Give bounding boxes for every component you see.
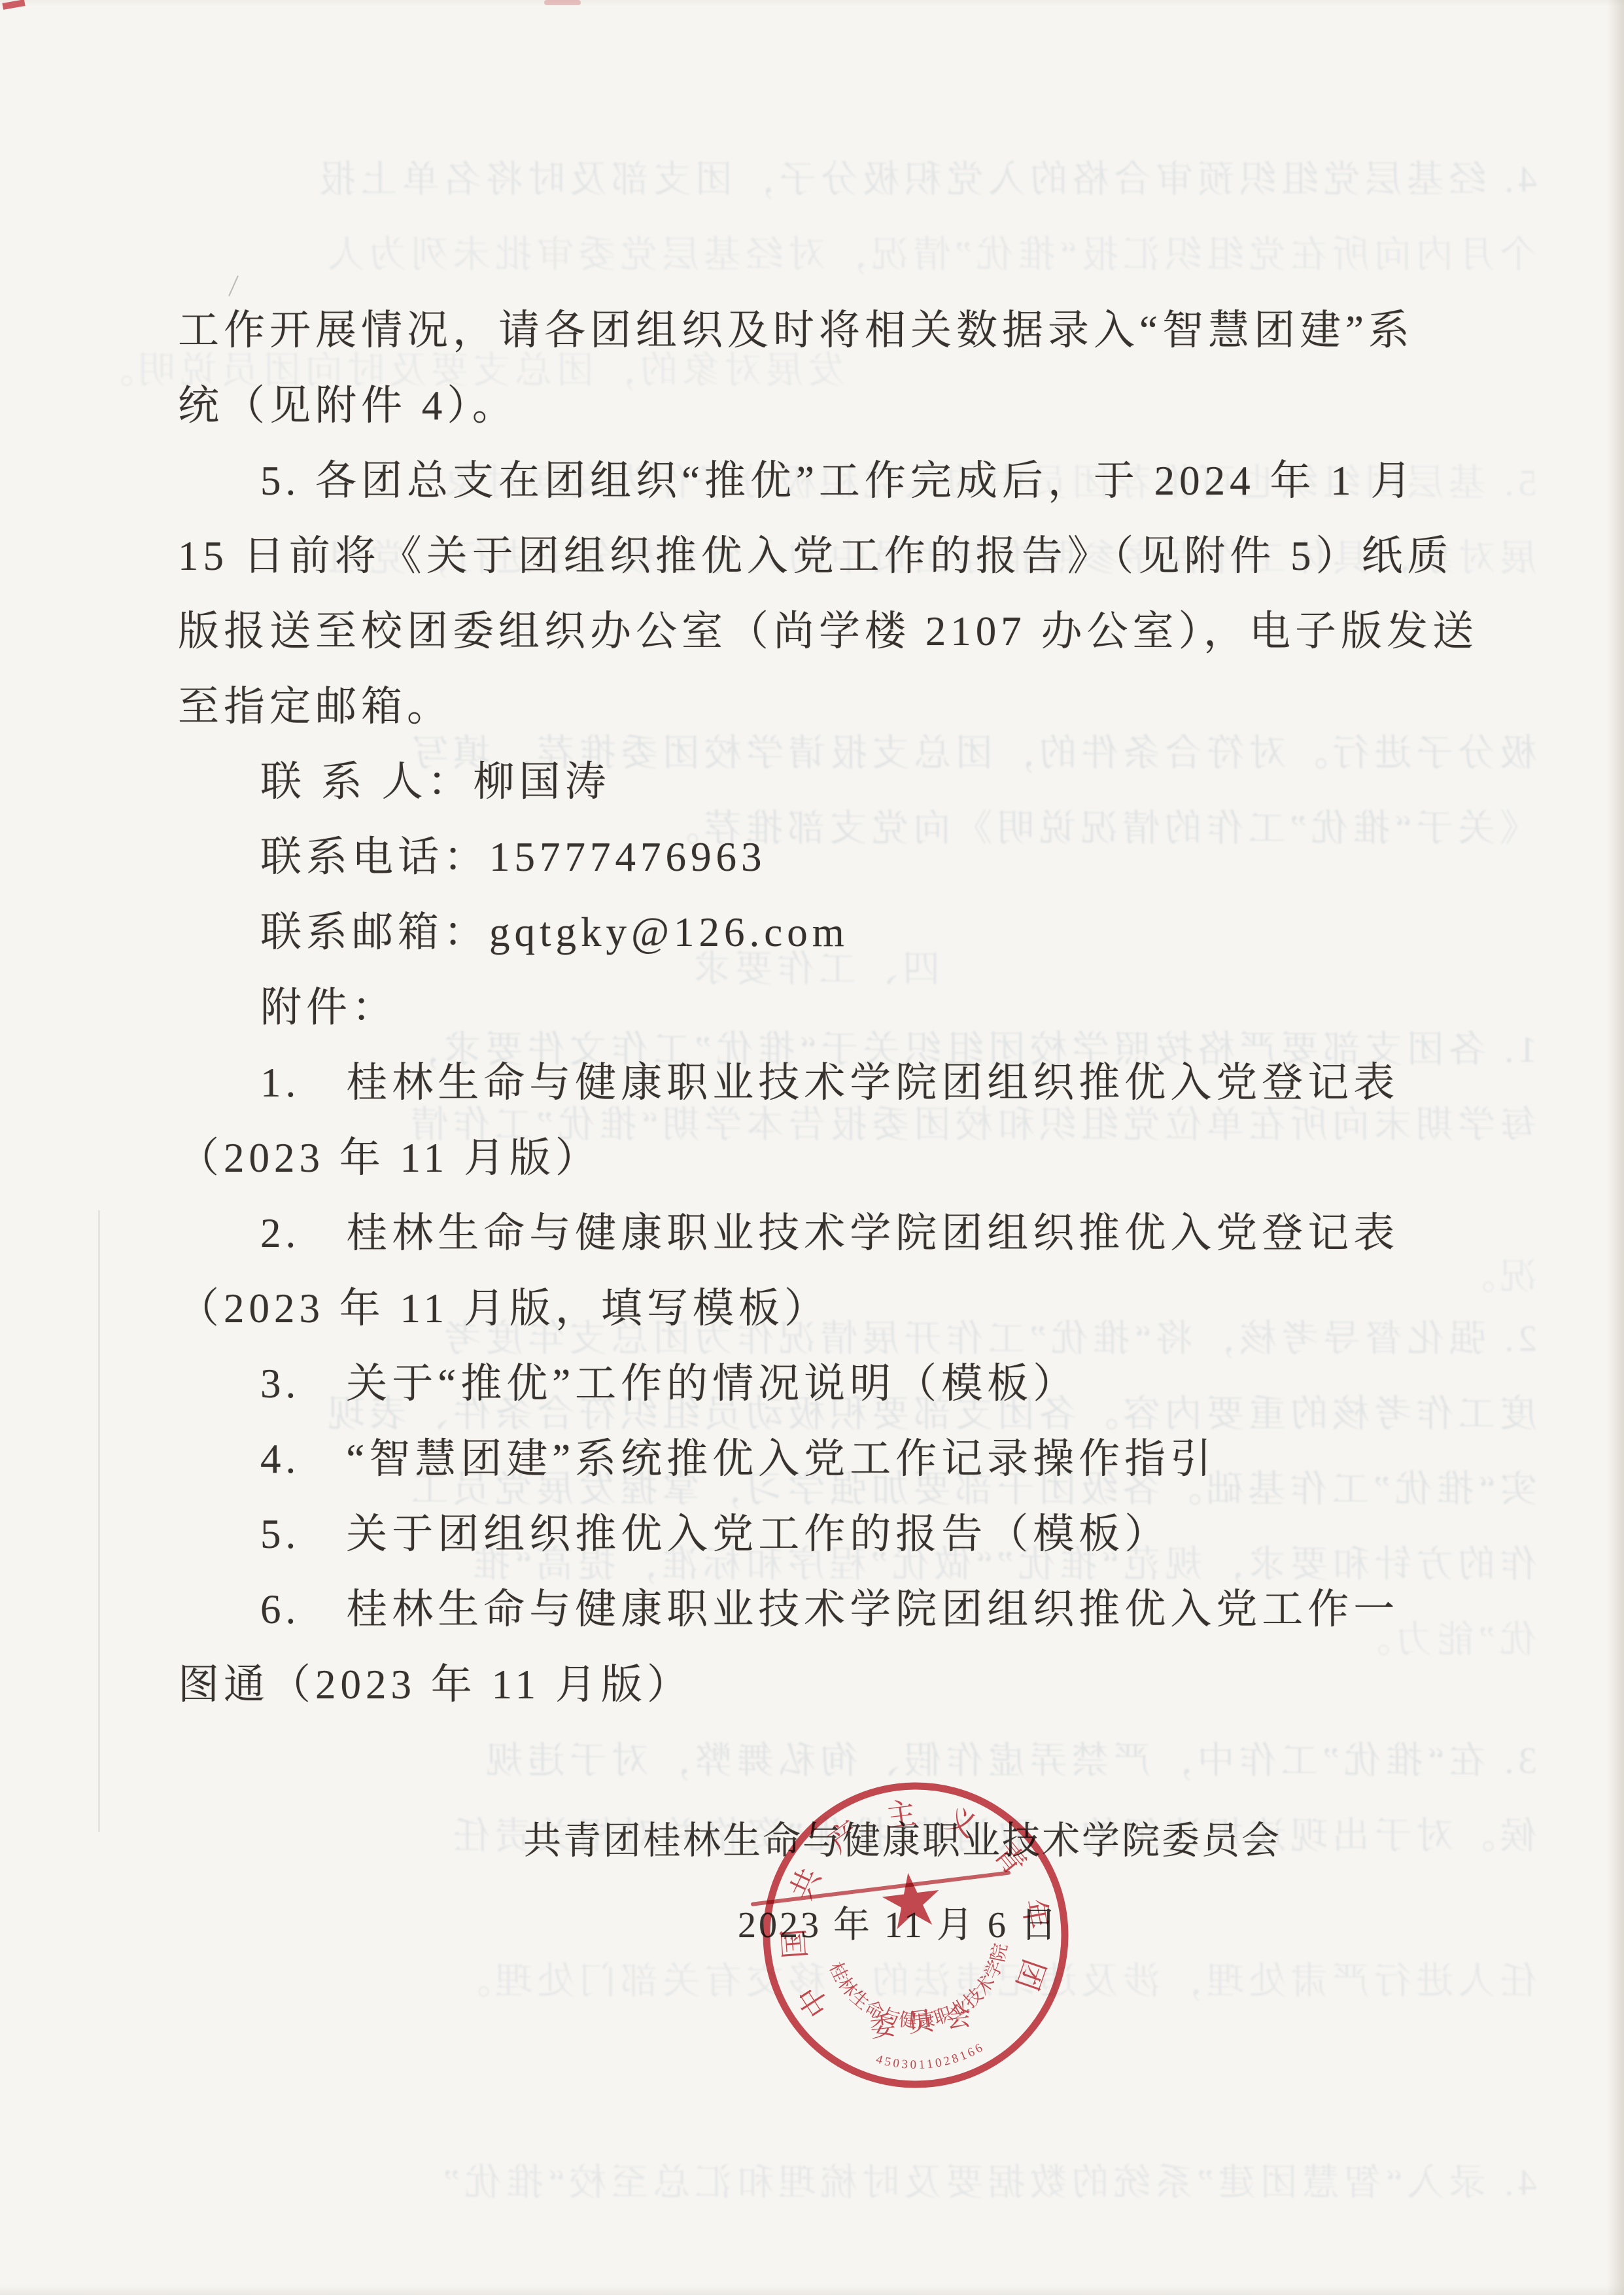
document-line: 联 系 人：柳国涛: [178, 745, 1479, 820]
document-line: 联系电话：15777476963: [178, 820, 1479, 895]
document-line: 1. 桂林生命与健康职业技术学院团组织推优入党登记表: [178, 1045, 1479, 1121]
document-line: 工作开展情况，请各团组织及时将相关数据录入“智慧团建”系: [178, 293, 1479, 368]
document-line: 5. 关于团组织推优入党工作的报告（模板）: [178, 1497, 1479, 1572]
bleedthrough-line: 4. 经基层党组织预审合格的入党积极分子，团支部及时将名单上报: [92, 149, 1537, 203]
document-line: 6. 桂林生命与健康职业技术学院团组织推优入党工作一: [178, 1572, 1479, 1647]
document-body: 工作开展情况，请各团组织及时将相关数据录入“智慧团建”系统（见附件 4）。5. …: [178, 293, 1479, 1723]
document-line: （2023 年 11 月版，填写模板）: [178, 1271, 1479, 1346]
document-line: 15 日前将《关于团组织推优入党工作的报告》（见附件 5）纸质: [178, 519, 1479, 594]
document-line: 3. 关于“推优”工作的情况说明（模板）: [178, 1346, 1479, 1422]
document-line: 图通（2023 年 11 月版）: [178, 1647, 1479, 1723]
red-edge-smear: [544, 0, 581, 5]
seal-ring-char: 国: [777, 1927, 812, 1959]
document-line: 统（见附件 4）。: [178, 368, 1479, 444]
bleedthrough-line: 个月内向所在党组织汇报“推优”情况，对经基层党委审批未列为人: [92, 224, 1537, 278]
document-line: 附件：: [178, 970, 1479, 1045]
document-line: 4. “智慧团建”系统推优入党工作记录操作指引: [178, 1422, 1479, 1497]
document-line: 版报送至校团委组织办公室（尚学楼 2107 办公室），电子版发送: [178, 594, 1479, 669]
bleedthrough-line: 4. 录入“智慧团建”系统的数据要及时梳理和汇总至校“推优”: [92, 2152, 1537, 2206]
document-line: 联系邮箱：gqtgky@126.com: [178, 895, 1479, 970]
bleedthrough-line: 3. 在“推优”工作中，严禁弄虚作假、徇私舞弊，对于违规: [92, 1730, 1537, 1784]
seal-ring-char: 中: [792, 1980, 837, 2023]
document-line: 至指定邮箱。: [178, 669, 1479, 745]
seal-ring-char: 年: [1016, 1897, 1054, 1932]
seal-ring-char: 团: [1010, 1955, 1051, 1994]
document-line: 2. 桂林生命与健康职业技术学院团组织推优入党登记表: [178, 1196, 1479, 1271]
seal-ring-char: 主: [884, 1796, 918, 1833]
document-line: 5. 各团总支在团组织“推优”工作完成后，于 2024 年 1 月: [178, 444, 1479, 519]
official-seal: 中国共产主义青年团 桂林生命与健康职业技术学院 委员会 450301102816…: [759, 1778, 1073, 2092]
red-corner-mark: [2, 0, 25, 10]
seal-ring-char: 义: [941, 1802, 982, 1844]
scanned-document-page: 4. 经基层党组织预审合格的入党积极分子，团支部及时将名单上报个月内向所在党组织…: [0, 0, 1624, 2295]
seal-ring-char: 产: [822, 1815, 866, 1859]
fold-line-artifact: [98, 1210, 100, 1832]
star-icon: [880, 1869, 943, 1930]
document-line: （2023 年 11 月版）: [178, 1121, 1479, 1196]
